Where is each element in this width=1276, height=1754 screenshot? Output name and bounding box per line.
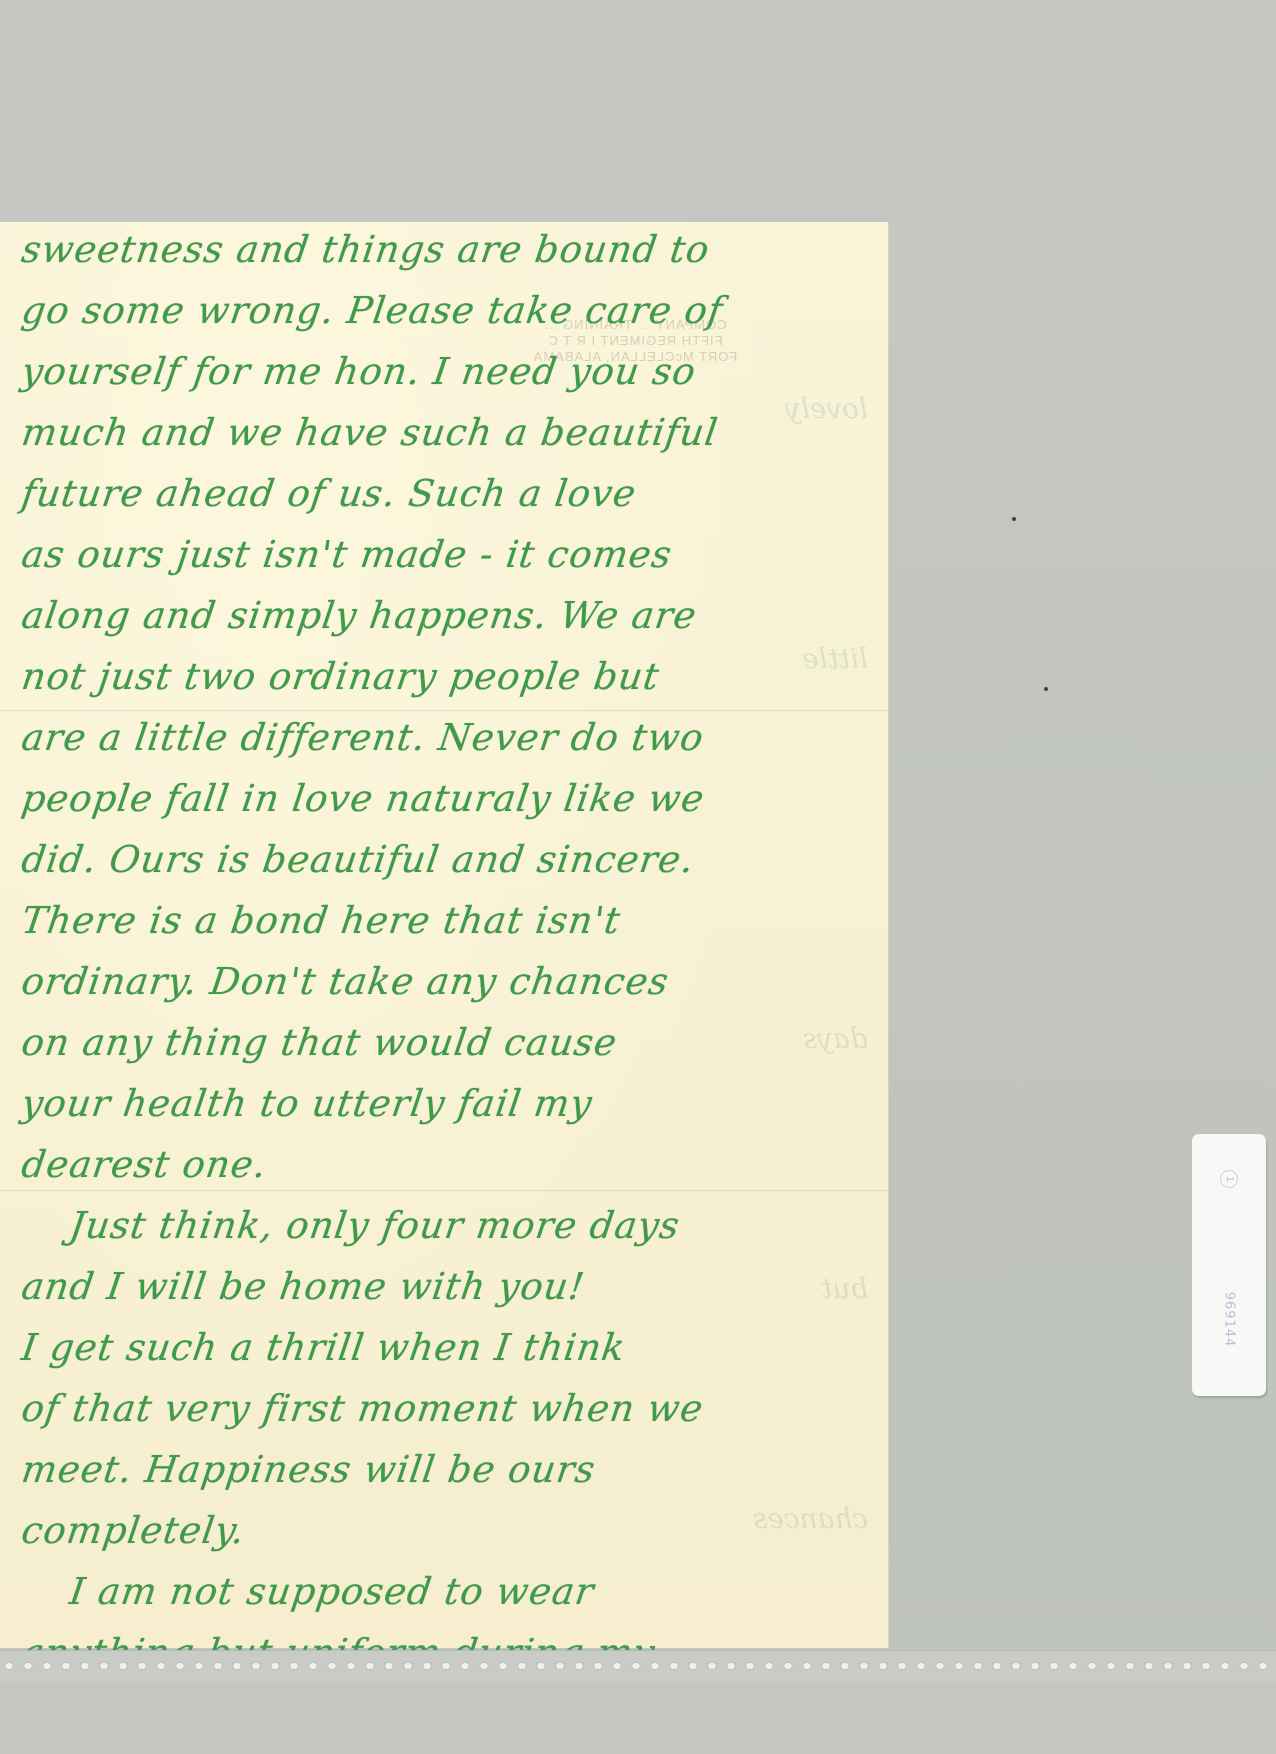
handwritten-line: as ours just isn't made - it comes xyxy=(19,533,675,576)
handwritten-line: future ahead of us. Such a love xyxy=(19,472,639,515)
handwritten-line: dearest one. xyxy=(19,1143,270,1186)
letter-page: COMPANY … TRAINING … FIFTH REGIMENT I R … xyxy=(0,222,888,1648)
handwritten-line: I get such a thrill when I think xyxy=(19,1326,628,1369)
handwritten-line: not just two ordinary people but xyxy=(19,655,662,698)
sleeve-lower-margin xyxy=(0,1683,1276,1754)
archive-id-number: 969144 xyxy=(1222,1287,1237,1353)
handwritten-line: sweetness and things are bound to xyxy=(19,228,713,271)
handwritten-line: along and simply happens. We are xyxy=(19,594,700,637)
sleeve-perforated-strip xyxy=(0,1650,1276,1684)
handwritten-line: I am not supposed to wear xyxy=(67,1570,597,1613)
handwritten-line: much and we have such a beautiful xyxy=(19,411,721,454)
handwritten-line: ordinary. Don't take any chances xyxy=(19,960,672,1003)
sleeve-binder-holes xyxy=(0,1659,1276,1673)
archive-label: 1 969144 xyxy=(1192,1134,1266,1396)
handwritten-line: go some wrong. Please take care of xyxy=(19,289,726,332)
handwritten-line: meet. Happiness will be ours xyxy=(19,1448,598,1491)
scanner-speck xyxy=(1044,687,1048,691)
handwritten-line: did. Ours is beautiful and sincere. xyxy=(19,838,697,881)
handwritten-line: Just think, only four more days xyxy=(67,1204,683,1247)
handwritten-line: and I will be home with you! xyxy=(19,1265,588,1308)
handwritten-body: sweetness and things are bound to go som… xyxy=(0,222,888,1648)
handwritten-line: There is a bond here that isn't xyxy=(19,899,624,942)
handwritten-line: are a little different. Never do two xyxy=(19,716,707,759)
handwritten-line: your health to utterly fail my xyxy=(19,1082,595,1125)
handwritten-line: yourself for me hon. I need you so xyxy=(19,350,699,393)
circled-number-mark: 1 xyxy=(1220,1170,1238,1188)
handwritten-line: of that very first moment when we xyxy=(19,1387,707,1430)
handwritten-line: completely. xyxy=(19,1509,248,1552)
handwritten-line: on any thing that would cause xyxy=(19,1021,620,1064)
scanner-speck xyxy=(1012,517,1016,521)
handwritten-line: people fall in love naturaly like we xyxy=(19,777,707,820)
